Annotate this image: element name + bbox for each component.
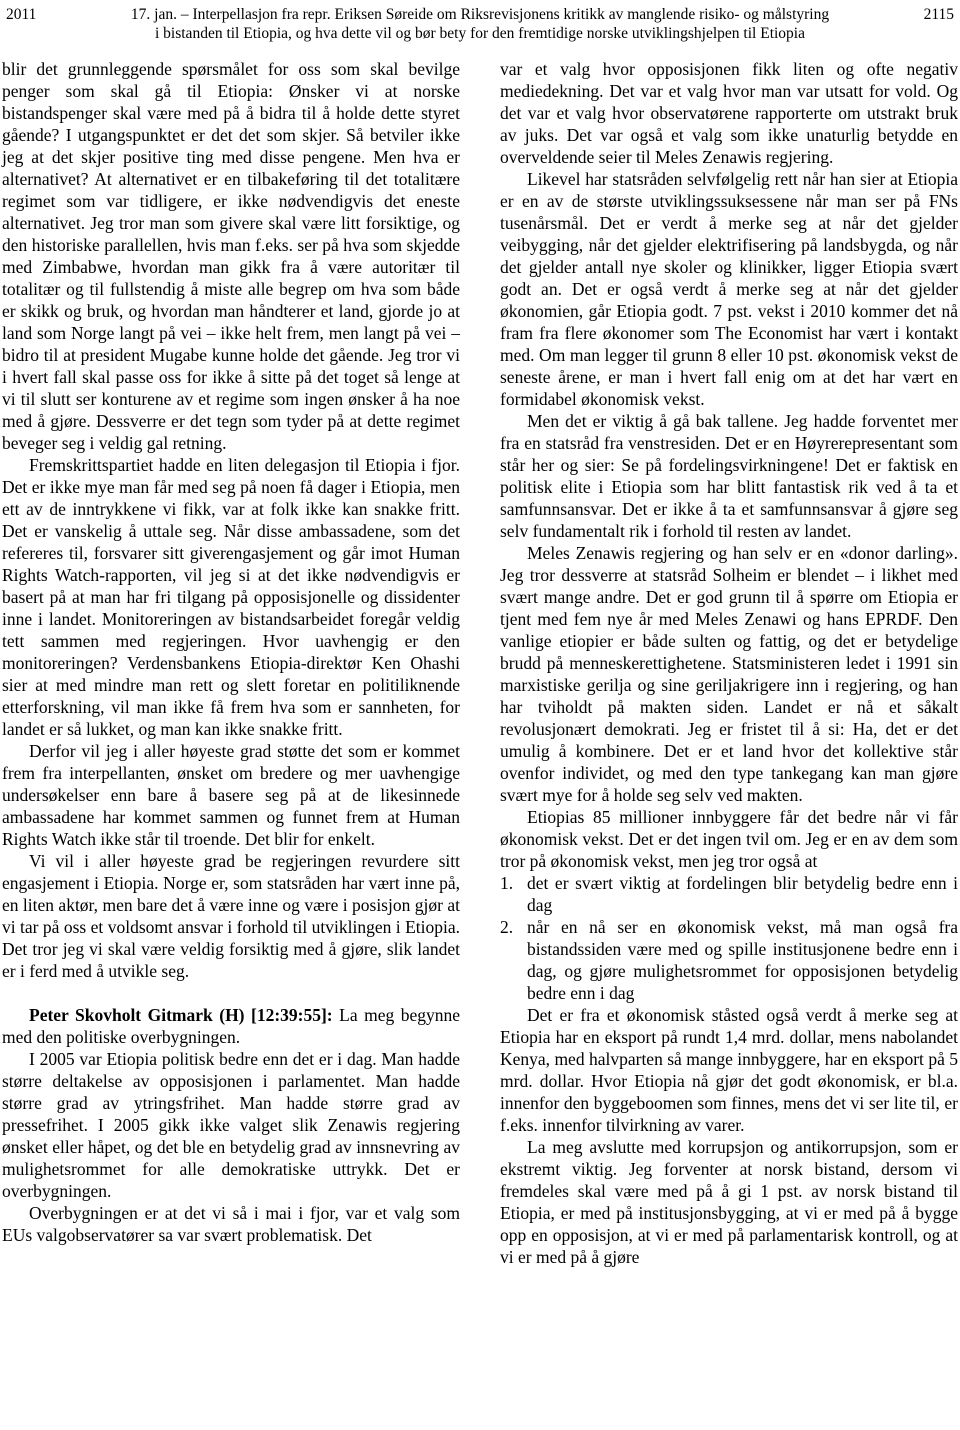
list-item: 2.når en nå ser en økonomisk vekst, må m…	[500, 916, 958, 1004]
speaker-paragraph: Peter Skovholt Gitmark (H) [12:39:55]: L…	[2, 1004, 460, 1048]
running-title-line1: 17. jan. – Interpellasjon fra repr. Erik…	[98, 5, 862, 24]
page-header: 2011 17. jan. – Interpellasjon fra repr.…	[0, 0, 960, 43]
list-item: 1.det er svært viktig at fordelingen bli…	[500, 872, 958, 916]
paragraph: Likevel har statsråden selvfølgelig rett…	[500, 168, 958, 410]
running-title-line2: i bistanden til Etiopia, og hva dette vi…	[98, 24, 862, 43]
paragraph: I 2005 var Etiopia politisk bedre enn de…	[2, 1048, 460, 1202]
paragraph: Men det er viktig å gå bak tallene. Jeg …	[500, 410, 958, 542]
paragraph: var et valg hvor opposisjonen fikk liten…	[500, 58, 958, 168]
paragraph: Meles Zenawis regjering og han selv er e…	[500, 542, 958, 806]
page-year: 2011	[6, 5, 84, 24]
paragraph: blir det grunnleggende spørsmålet for os…	[2, 58, 460, 454]
list-marker: 1.	[500, 872, 527, 894]
speaker-name: Peter Skovholt Gitmark (H) [12:39:55]:	[29, 1005, 333, 1025]
paragraph: La meg avslutte med korrupsjon og antiko…	[500, 1136, 958, 1268]
column-left: blir det grunnleggende spørsmålet for os…	[2, 58, 460, 1268]
paragraph: Fremskrittspartiet hadde en liten delega…	[2, 454, 460, 740]
document-page: 2011 17. jan. – Interpellasjon fra repr.…	[0, 0, 960, 1430]
paragraph: Derfor vil jeg i aller høyeste grad støt…	[2, 740, 460, 850]
column-right: var et valg hvor opposisjonen fikk liten…	[500, 58, 958, 1268]
list-marker: 2.	[500, 916, 527, 938]
paragraph: Etiopias 85 millioner innbyggere får det…	[500, 806, 958, 872]
paragraph: Det er fra et økonomisk ståsted også ver…	[500, 1004, 958, 1136]
page-number: 2115	[876, 5, 954, 24]
running-title: 17. jan. – Interpellasjon fra repr. Erik…	[84, 5, 876, 43]
paragraph: Vi vil i aller høyeste grad be regjering…	[2, 850, 460, 982]
paragraph: Overbygningen er at det vi så i mai i fj…	[2, 1202, 460, 1246]
text-columns: blir det grunnleggende spørsmålet for os…	[0, 58, 960, 1268]
